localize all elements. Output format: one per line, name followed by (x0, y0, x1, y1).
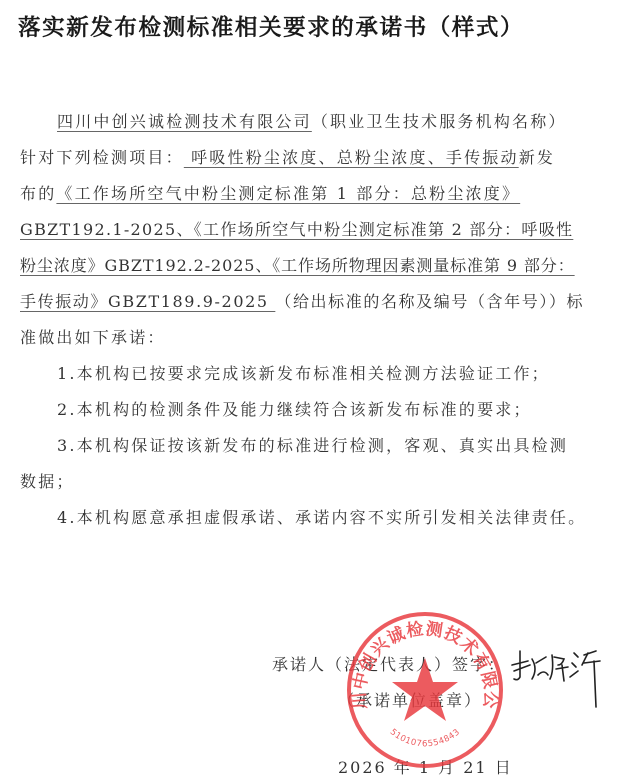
company-seal-icon: 四川中创兴诚检测技术有限公司 5101076554843 (345, 610, 505, 770)
standard-line-4: 手传振动》GBZT189.9-2025 （给出标准的名称及编号（含年号））标 (20, 291, 584, 313)
standard-note: （给出标准的名称及编号（含年号））标 (275, 292, 584, 311)
commitment-item-2: 2.本机构的检测条件及能力继续符合该新发布标准的要求； (57, 399, 532, 421)
company-note: （职业卫生技术服务机构名称） (312, 112, 567, 131)
standard-line-3: 粉尘浓度》GBZT192.2-2025、《工作场所物理因素测量标准第 9 部分： (20, 255, 575, 277)
line2-suffix: 新发 (519, 148, 555, 167)
company-line: 四川中创兴诚检测技术有限公司（职业卫生技术服务机构名称） (57, 111, 567, 133)
commitment-item-4: 4.本机构愿意承担虚假承诺、承诺内容不实所引发相关法律责任。 (57, 507, 586, 529)
commitment-intro: 准做出如下承诺： (20, 327, 166, 349)
standard-name-2: GBZT192.1-2025、《工作场所空气中粉尘测定标准第 2 部分：呼吸性 (20, 220, 573, 239)
standard-line-1: 布的《工作场所空气中粉尘测定标准第 1 部分：总粉尘浓度》 (20, 183, 520, 205)
standard-line-2: GBZT192.1-2025、《工作场所空气中粉尘测定标准第 2 部分：呼吸性 (20, 219, 573, 241)
line3-prefix: 布的 (20, 184, 56, 203)
commitment-item-3: 3.本机构保证按该新发布的标准进行检测，客观、真实出具检测 (57, 435, 568, 457)
standard-name-4: 手传振动》GBZT189.9-2025 (20, 292, 275, 311)
handwritten-signature-icon (508, 635, 608, 715)
standard-name-3: 粉尘浓度》GBZT192.2-2025、《工作场所物理因素测量标准第 9 部分： (20, 256, 575, 275)
document-title: 落实新发布检测标准相关要求的承诺书（样式） (18, 10, 524, 42)
test-items-value: 呼吸性粉尘浓度、总粉尘浓度、手传振动 (184, 148, 519, 167)
standard-name-1: 《工作场所空气中粉尘测定标准第 1 部分：总粉尘浓度》 (56, 184, 520, 203)
svg-text:5101076554843: 5101076554843 (388, 727, 462, 749)
test-items-label: 针对下列检测项目： (20, 148, 184, 167)
commitment-item-3-cont: 数据； (20, 471, 75, 493)
test-items-line: 针对下列检测项目： 呼吸性粉尘浓度、总粉尘浓度、手传振动新发 (20, 147, 555, 169)
company-name: 四川中创兴诚检测技术有限公司 (57, 112, 312, 131)
commitment-item-1: 1.本机构已按要求完成该新发布标准相关检测方法验证工作； (57, 363, 550, 385)
